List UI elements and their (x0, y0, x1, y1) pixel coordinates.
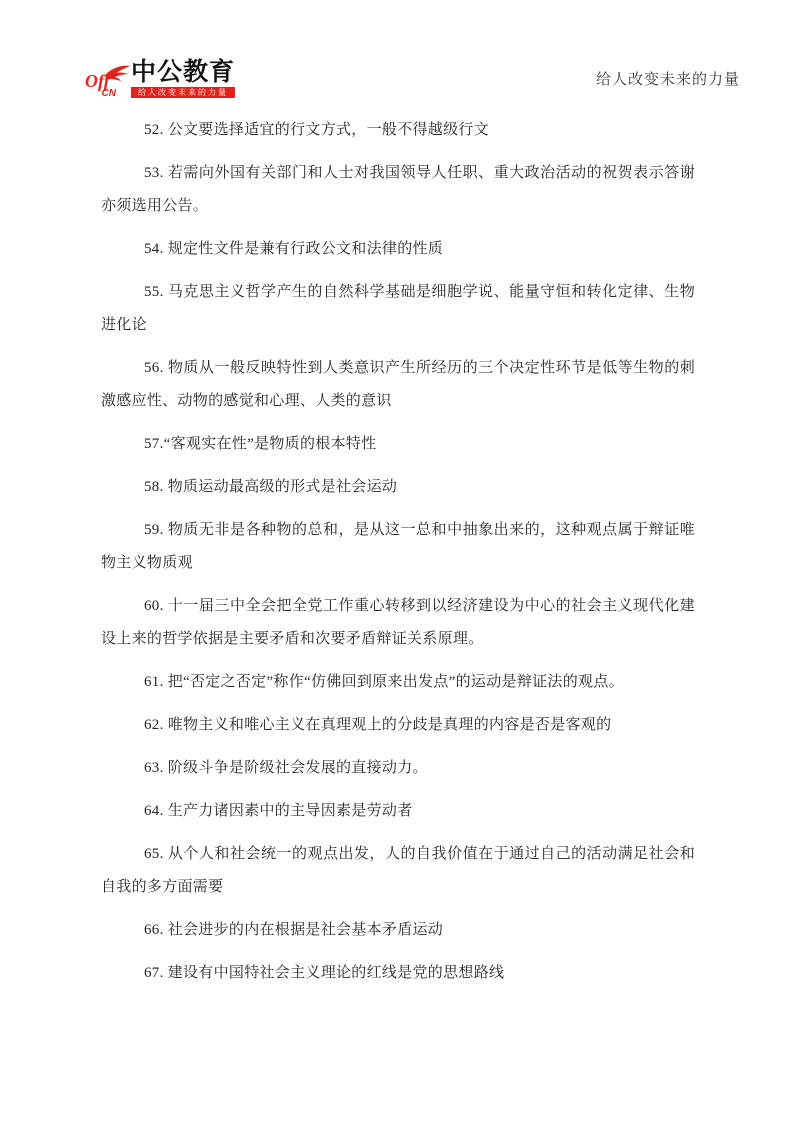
brand-slogan-banner: 给人改变未来的力量 (131, 87, 235, 98)
statement-item: 64. 生产力诸因素中的主导因素是劳动者 (101, 795, 695, 828)
offcn-wing-icon: Off CN (85, 58, 131, 104)
document-page: Off CN 中公教育 给人改变未来的力量 给人改变未来的力量 52. 公文要选… (0, 0, 794, 1123)
statement-item: 52. 公文要选择适宜的行文方式，一般不得越级行文 (101, 114, 695, 147)
statement-item: 57.“客观实在性”是物质的根本特性 (101, 428, 695, 461)
statement-item: 59. 物质无非是各种物的总和，是从这一总和中抽象出来的，这种观点属于辩证唯物主… (101, 514, 695, 580)
statement-item: 53. 若需向外国有关部门和人士对我国领导人任职、重大政治活动的祝贺表示答谢亦须… (101, 157, 695, 223)
page-header: Off CN 中公教育 给人改变未来的力量 给人改变未来的力量 (85, 56, 740, 106)
statement-item: 66. 社会进步的内在根据是社会基本矛盾运动 (101, 914, 695, 947)
statement-item: 62. 唯物主义和唯心主义在真理观上的分歧是真理的内容是否是客观的 (101, 709, 695, 742)
header-tagline: 给人改变未来的力量 (596, 68, 740, 89)
statement-item: 67. 建设有中国特社会主义理论的红线是党的思想路线 (101, 957, 695, 990)
statement-item: 54. 规定性文件是兼有行政公文和法律的性质 (101, 233, 695, 266)
statements-list: 52. 公文要选择适宜的行文方式，一般不得越级行文53. 若需向外国有关部门和人… (101, 114, 695, 1000)
statement-item: 61. 把“否定之否定”称作“仿佛回到原来出发点”的运动是辩证法的观点。 (101, 666, 695, 699)
logo-wordmark: 中公教育 给人改变未来的力量 (131, 59, 235, 98)
logo-cn-text: CN (102, 88, 117, 99)
statement-item: 65. 从个人和社会统一的观点出发，人的自我价值在于通过自己的活动满足社会和自我… (101, 838, 695, 904)
statement-item: 60. 十一届三中全会把全党工作重心转移到以经济建设为中心的社会主义现代化建设上… (101, 590, 695, 656)
brand-name: 中公教育 (131, 59, 235, 86)
statement-item: 58. 物质运动最高级的形式是社会运动 (101, 471, 695, 504)
statement-item: 63. 阶级斗争是阶级社会发展的直接动力。 (101, 752, 695, 785)
offcn-logo: Off CN 中公教育 给人改变未来的力量 (85, 56, 235, 104)
statement-item: 56. 物质从一般反映特性到人类意识产生所经历的三个决定性环节是低等生物的刺激感… (101, 352, 695, 418)
statement-item: 55. 马克思主义哲学产生的自然科学基础是细胞学说、能量守恒和转化定律、生物进化… (101, 276, 695, 342)
